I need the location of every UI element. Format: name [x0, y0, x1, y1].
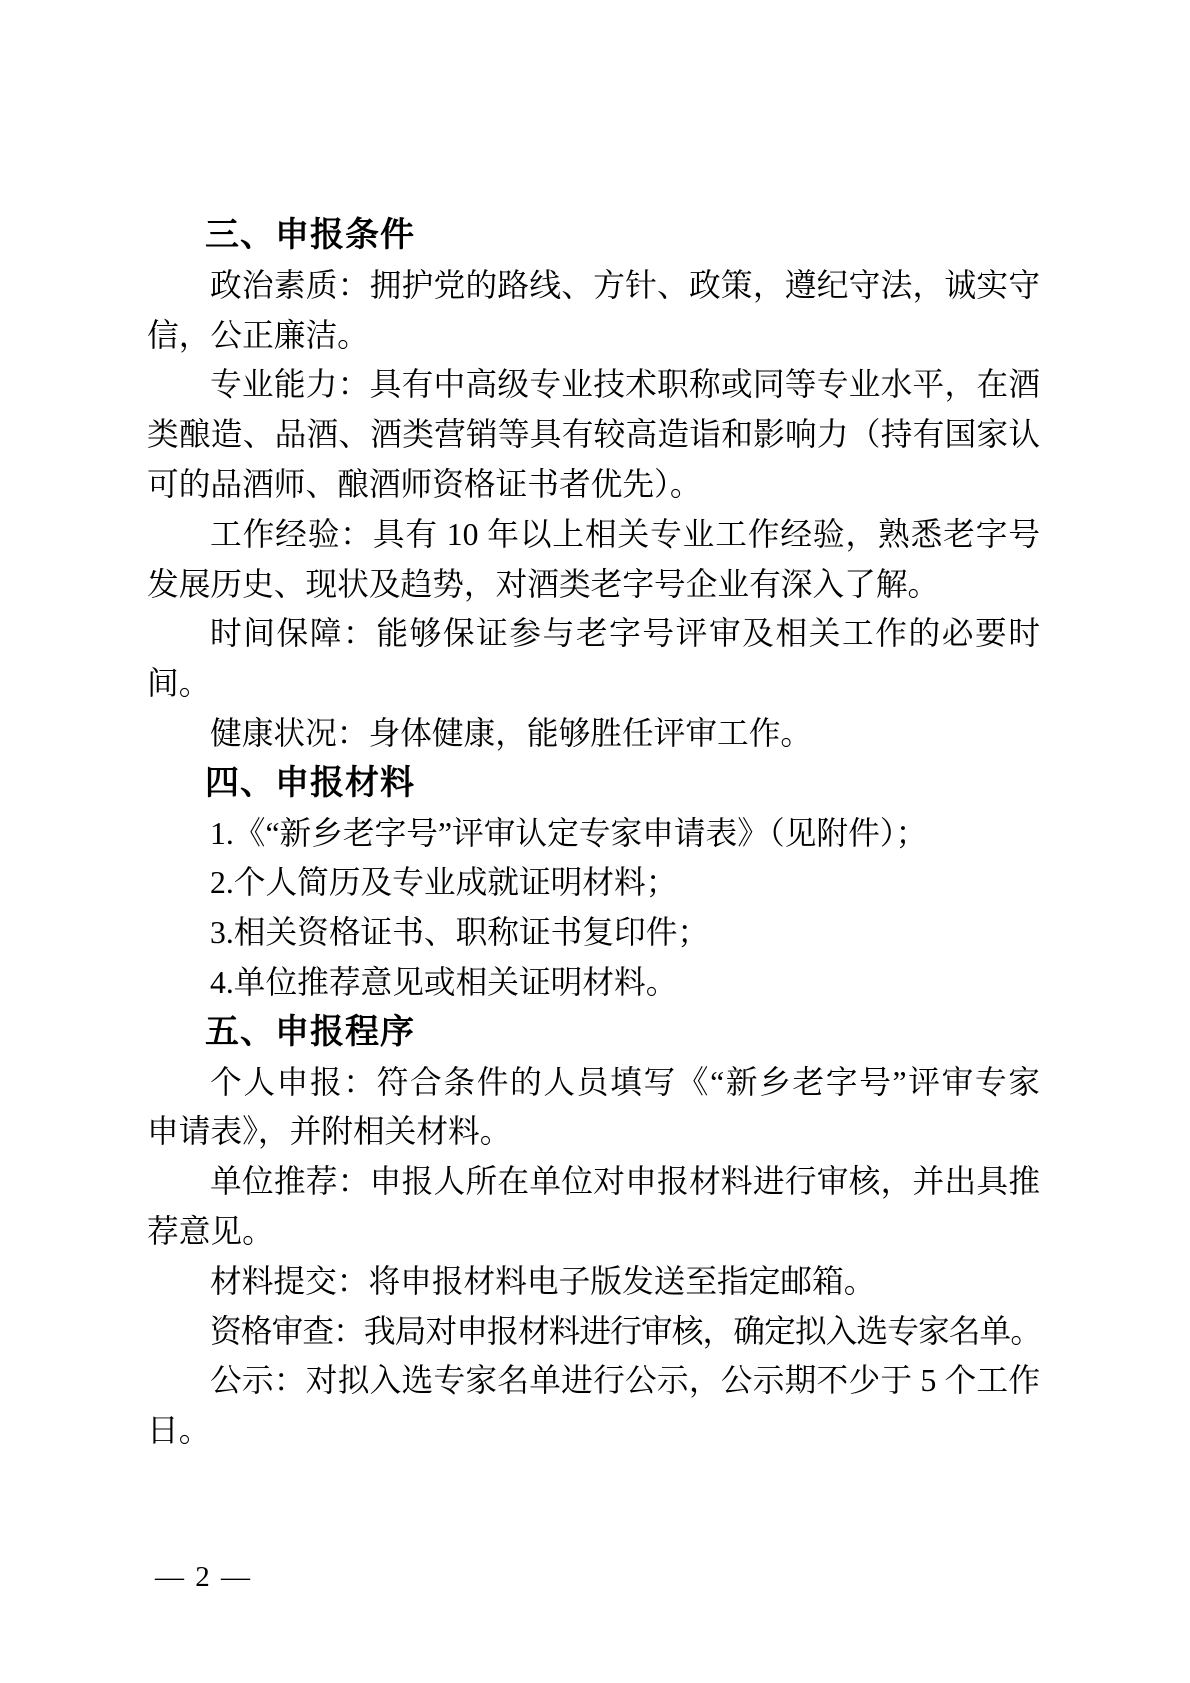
text-line: 时间保障：能够保证参与老字号评审及相关工作的必要时 — [147, 609, 1040, 659]
document-body: 三、申报条件 政治素质：拥护党的路线、方针、政策，遵纪守法，诚实守 信，公正廉洁… — [147, 211, 1040, 1456]
text-line: 申请表》，并附相关材料。 — [147, 1107, 1040, 1157]
text-line: 单位推荐：申报人所在单位对申报材料进行审核，并出具推 — [147, 1157, 1040, 1207]
text-line: 日。 — [147, 1406, 1040, 1456]
text-line: 政治素质：拥护党的路线、方针、政策，遵纪守法，诚实守 — [147, 261, 1040, 311]
text-line: 荐意见。 — [147, 1207, 1040, 1257]
text-line: 专业能力：具有中高级专业技术职称或同等专业水平，在酒 — [147, 360, 1040, 410]
text-line: 类酿造、品酒、酒类营销等具有较高造诣和影响力（持有国家认 — [147, 410, 1040, 460]
list-item: 4.单位推荐意见或相关证明材料。 — [147, 958, 1040, 1008]
text-line: 健康状况：身体健康，能够胜任评审工作。 — [147, 709, 1040, 759]
list-item: 1.《“新乡老字号”评审认定专家申请表》（见附件）； — [147, 809, 1040, 859]
section-heading-application-conditions: 三、申报条件 — [147, 211, 1040, 261]
document-page: 三、申报条件 政治素质：拥护党的路线、方针、政策，遵纪守法，诚实守 信，公正廉洁… — [0, 0, 1190, 1683]
list-item: 3.相关资格证书、职称证书复印件； — [147, 908, 1040, 958]
text-line: 工作经验：具有 10 年以上相关专业工作经验，熟悉老字号 — [147, 510, 1040, 560]
page-number: — 2 — — [155, 1560, 252, 1594]
section-heading-application-procedure: 五、申报程序 — [147, 1008, 1040, 1058]
text-line: 材料提交：将申报材料电子版发送至指定邮箱。 — [147, 1257, 1040, 1307]
text-line: 发展历史、现状及趋势，对酒类老字号企业有深入了解。 — [147, 560, 1040, 610]
text-line: 信，公正廉洁。 — [147, 311, 1040, 361]
text-line: 间。 — [147, 659, 1040, 709]
text-line: 个人申报：符合条件的人员填写《“新乡老字号”评审专家 — [147, 1058, 1040, 1108]
text-line: 公示：对拟入选专家名单进行公示，公示期不少于 5 个工作 — [147, 1356, 1040, 1406]
section-heading-application-materials: 四、申报材料 — [147, 759, 1040, 809]
text-line: 可的品酒师、酿酒师资格证书者优先）。 — [147, 460, 1040, 510]
list-item: 2.个人简历及专业成就证明材料； — [147, 858, 1040, 908]
text-line: 资格审查：我局对申报材料进行审核，确定拟入选专家名单。 — [147, 1307, 1040, 1357]
